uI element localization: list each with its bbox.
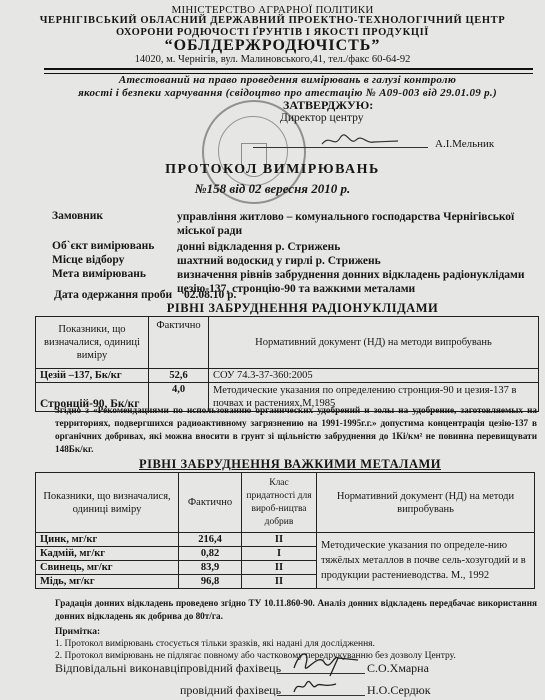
hm-indicator: Свинець, мг/кг [36, 561, 179, 575]
field-value-date: 02.08.10 р. [184, 289, 236, 301]
hm-class: II [242, 575, 317, 589]
org-name: “ОБЛДЕРЖРОДЮЧІСТЬ” [0, 37, 545, 55]
field-label-object: Об`єкт вимірювань [52, 240, 154, 252]
signer-2-name: Н.О.Сердюк [367, 683, 431, 698]
table-row: Цинк, мг/кг 216,4 II Методические указан… [36, 533, 535, 547]
hm-header-norm: Нормативний документ (НД) на методи випр… [317, 473, 535, 533]
director-signature-line [253, 147, 428, 148]
attestation-text: Атестований на право проведення вимірюва… [40, 74, 535, 100]
field-value-customer: управління житлово – комунального господ… [177, 210, 527, 238]
hm-value: 0,82 [179, 547, 242, 561]
org-line-1: ЧЕРНІГІВСЬКИЙ ОБЛАСНИЙ ДЕРЖАВНИЙ ПРОЕКТН… [0, 15, 545, 26]
remarks-title: Примітка: [55, 626, 100, 638]
signer-1-position: провідний фахівець [180, 661, 281, 676]
hm-indicator: Цинк, мг/кг [36, 533, 179, 547]
field-label-sampling-place: Місце відбору [52, 254, 124, 266]
director-name: А.І.Мельник [435, 138, 494, 150]
radionuclides-note: Згідно з «Рекомендациями по использовани… [55, 404, 537, 456]
heavy-metals-title: РІВНІ ЗАБРУДНЕННЯ ВАЖКИМИ МЕТАЛАМИ [35, 457, 545, 472]
rad-header-value: Фактично [149, 317, 209, 369]
hm-indicator: Мідь, мг/кг [36, 575, 179, 589]
rad-value: 52,6 [149, 369, 209, 383]
radionuclides-table: Показники, що визначалися, одиниці вимір… [35, 316, 539, 412]
hm-header-indicator: Показники, що визначалися, одиниці вимір… [36, 473, 179, 533]
rad-header-norm: Нормативний документ (НД) на методи випр… [209, 317, 539, 369]
signer-1-signature-icon [290, 648, 360, 678]
org-address: 14020, м. Чернігів, вул. Малиновського,4… [0, 54, 545, 65]
hm-value: 216,4 [179, 533, 242, 547]
hm-indicator: Кадмій, мг/кг [36, 547, 179, 561]
field-label-date: Дата одержання проби [54, 289, 172, 301]
responsible-label: Відповідальні виконавці: [55, 661, 183, 676]
approval-position: Директор центру [280, 112, 363, 124]
field-value-object: донні відкладення р. Стрижень [177, 240, 527, 254]
hm-header-value: Фактично [179, 473, 242, 533]
attestation-line-1: Атестований на право проведення вимірюва… [40, 74, 535, 87]
table-row: Цезій –137, Бк/кг 52,6 СОУ 74.3-37-360:2… [36, 369, 539, 383]
heavy-metals-note: Градація донних відкладень проведено згі… [55, 597, 537, 623]
hm-value: 96,8 [179, 575, 242, 589]
approval-label: ЗАТВЕРДЖУЮ: [283, 98, 373, 113]
field-label-customer: Замовник [52, 210, 103, 222]
hm-value: 83,9 [179, 561, 242, 575]
hm-class: I [242, 547, 317, 561]
field-label-purpose: Мета вимірювань [52, 268, 146, 280]
rad-header-indicator: Показники, що визначалися, одиниці вимір… [36, 317, 149, 369]
rad-norm: СОУ 74.3-37-360:2005 [209, 369, 539, 383]
signer-2-position: провідний фахівець [180, 683, 281, 698]
signer-2-signature-icon [290, 678, 340, 696]
document-number: №158 від 02 вересня 2010 р. [0, 181, 545, 197]
hm-header-class: Клас придатності для вироб-ництва добрив [242, 473, 317, 533]
signer-1-name: С.О.Хмарна [367, 661, 429, 676]
hm-class: II [242, 533, 317, 547]
hm-class: II [242, 561, 317, 575]
heavy-metals-table: Показники, що визначалися, одиниці вимір… [35, 472, 535, 589]
rad-indicator: Цезій –137, Бк/кг [36, 369, 149, 383]
hm-norm: Методические указания по определе-нию тя… [317, 533, 535, 589]
document-title: ПРОТОКОЛ ВИМІРЮВАНЬ [0, 162, 545, 178]
field-value-sampling-place: шахтний водоскид у гирлі р. Стрижень [177, 254, 527, 268]
radionuclides-title: РІВНІ ЗАБРУДНЕННЯ РАДІОНУКЛІДАМИ [60, 301, 545, 316]
